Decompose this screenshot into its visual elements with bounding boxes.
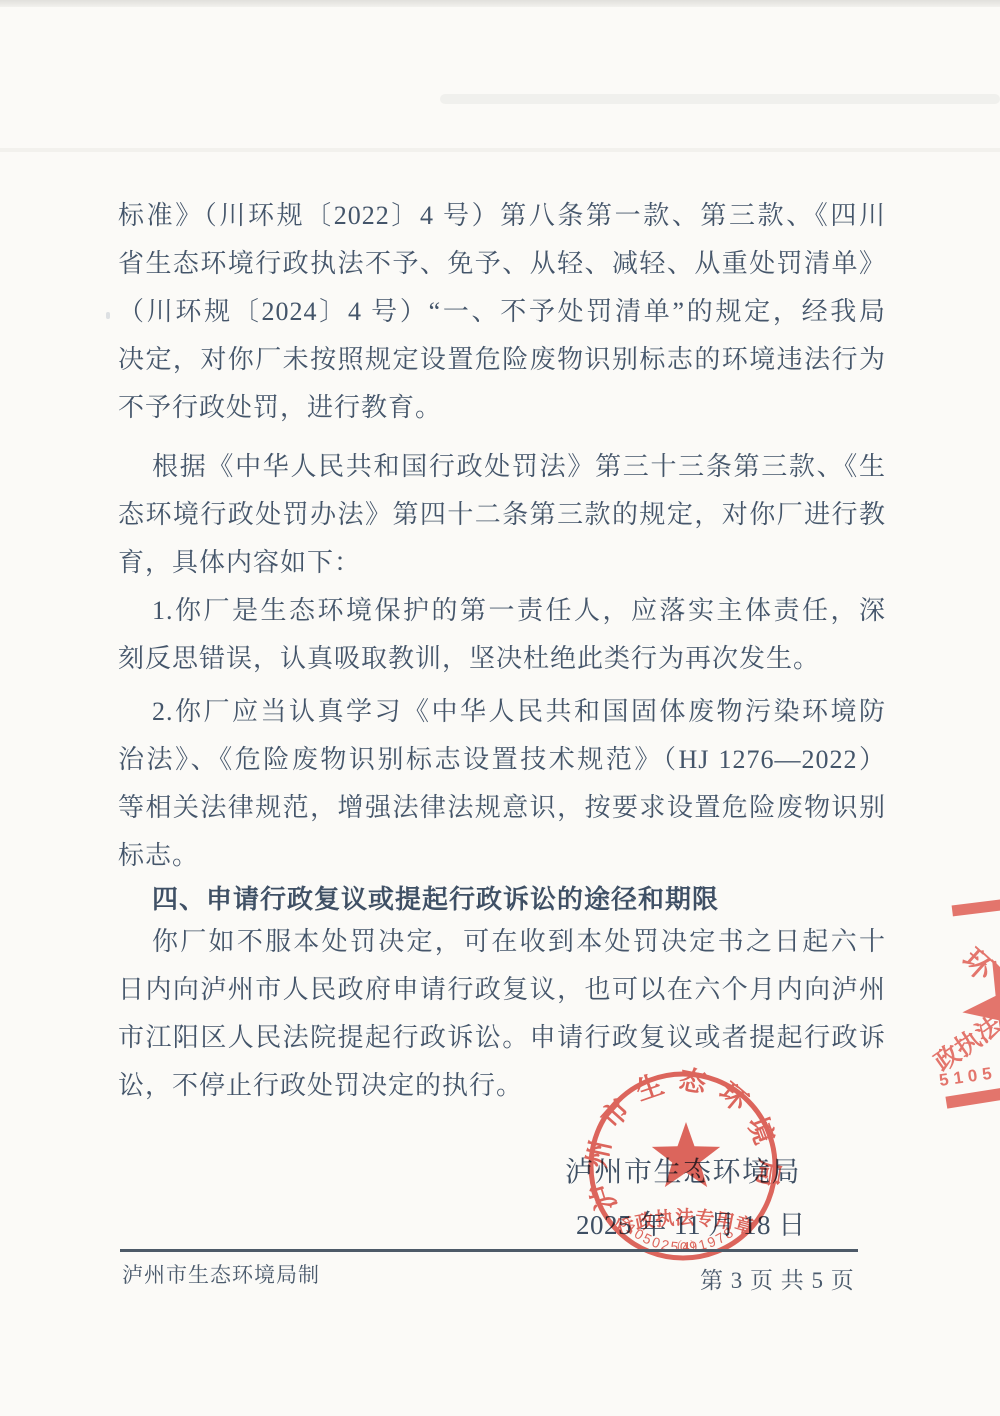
- doc-line: （川环规〔2024〕4 号）“一、不予处罚清单”的规定，经我局: [118, 288, 886, 336]
- document-body: 标准》（川环规〔2022〕4 号）第八条第一款、第三款、《四川 省生态环境行政执…: [118, 192, 886, 1110]
- section-heading: 四、申请行政复议或提起行政诉讼的途径和期限: [118, 875, 886, 923]
- footer-divider: [120, 1249, 858, 1252]
- footer-issuer: 泸州市生态环境局制: [122, 1259, 320, 1289]
- doc-line: 标准》（川环规〔2022〕4 号）第八条第一款、第三款、《四川: [118, 192, 886, 240]
- doc-line: 根据《中华人民共和国行政处罚法》第三十三条第三款、《生: [118, 443, 886, 491]
- doc-line: 你厂如不服本处罚决定，可在收到本处罚决定书之日起六十: [118, 918, 886, 966]
- paragraph: 你厂如不服本处罚决定，可在收到本处罚决定书之日起六十 日内向泸州市人民政府申请行…: [118, 918, 886, 1110]
- paragraph: 标准》（川环规〔2022〕4 号）第八条第一款、第三款、《四川 省生态环境行政执…: [118, 192, 886, 432]
- paragraph: 1.你厂是生态环境保护的第一责任人，应落实主体责任，深 刻反思错误，认真吸取教训…: [118, 587, 886, 683]
- scan-artifact: [440, 94, 1000, 104]
- doc-line: 等相关法律规范，增强法律法规意识，按要求设置危险废物识别: [118, 784, 886, 832]
- scan-artifact: [0, 0, 1000, 7]
- doc-line: 治法》、《危险废物识别标志设置技术规范》（HJ 1276—2022）: [118, 736, 886, 784]
- doc-line: 2.你厂应当认真学习《中华人民共和国固体废物污染环境防: [118, 688, 886, 736]
- doc-line: 市江阳区人民法院提起行政诉讼。申请行政复议或者提起行政诉: [118, 1014, 886, 1062]
- doc-line: 不予行政处罚，进行教育。: [118, 384, 886, 432]
- edge-seal: 态 环 政执法 5105: [929, 899, 1000, 1109]
- footer-page-number: 第 3 页 共 5 页: [700, 1262, 855, 1295]
- signature-org: 泸州市生态环境局: [565, 1150, 801, 1190]
- doc-line: 日内向泸州市人民政府申请行政复议，也可以在六个月内向泸州: [118, 966, 886, 1014]
- edge-seal-char: 环: [955, 943, 1000, 988]
- edge-seal-rim: [952, 899, 1000, 917]
- scan-artifact: [0, 148, 1000, 152]
- paragraph: 2.你厂应当认真学习《中华人民共和国固体废物污染环境防 治法》、《危险废物识别标…: [118, 688, 886, 880]
- paragraph: 根据《中华人民共和国行政处罚法》第三十三条第三款、《生 态环境行政处罚办法》第四…: [118, 443, 886, 587]
- edge-seal-digits: 5105: [938, 1063, 998, 1090]
- doc-line: 决定，对你厂未按照规定设置危险废物识别标志的环境违法行为: [118, 336, 886, 384]
- doc-line: 刻反思错误，认真吸取教训，坚决杜绝此类行为再次发生。: [118, 635, 886, 683]
- edge-seal-text: 政执法: [929, 1010, 1000, 1077]
- edge-seal-star-icon: [956, 952, 1000, 1062]
- scan-artifact: [106, 312, 110, 319]
- edge-seal-rim: [945, 1087, 1000, 1108]
- signature-date: 2025 年 11 月 18 日: [576, 1203, 806, 1242]
- doc-line: 省生态环境行政执法不予、免予、从轻、减轻、从重处罚清单》: [118, 240, 886, 288]
- doc-line: 1.你厂是生态环境保护的第一责任人，应落实主体责任，深: [118, 587, 886, 635]
- doc-line: 标志。: [118, 832, 886, 880]
- doc-line: 态环境行政处罚办法》第四十二条第三款的规定，对你厂进行教: [118, 491, 886, 539]
- doc-line: 育，具体内容如下：: [118, 539, 886, 587]
- doc-line: 讼，不停止行政处罚决定的执行。: [118, 1062, 886, 1110]
- document-page: 标准》（川环规〔2022〕4 号）第八条第一款、第三款、《四川 省生态环境行政执…: [0, 0, 1000, 1416]
